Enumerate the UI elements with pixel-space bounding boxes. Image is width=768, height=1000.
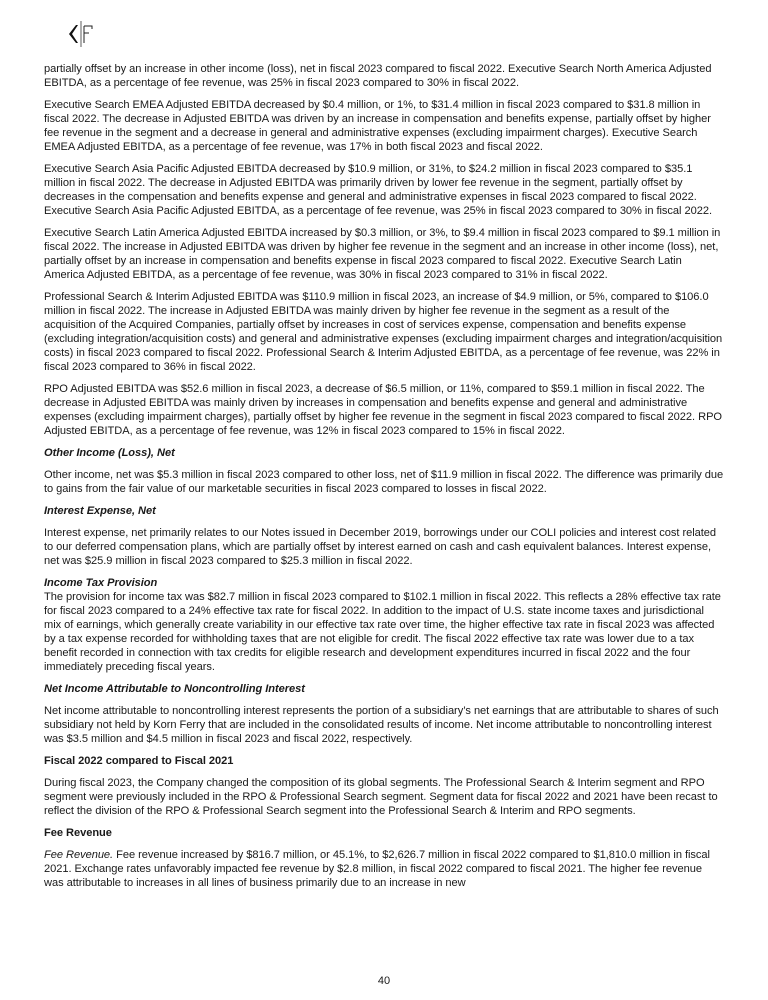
paragraph-other-income: Other income, net was $5.3 million in fi… — [44, 468, 724, 496]
heading-fee-revenue: Fee Revenue — [44, 826, 724, 840]
paragraph-fiscal-2022-vs-2021: During fiscal 2023, the Company changed … — [44, 776, 724, 818]
document-body: partially offset by an increase in other… — [44, 62, 724, 898]
paragraph-es-latin-america: Executive Search Latin America Adjusted … — [44, 226, 724, 282]
paragraph-interest-expense: Interest expense, net primarily relates … — [44, 526, 724, 568]
heading-income-tax: Income Tax Provision — [44, 576, 724, 590]
paragraph-income-tax: The provision for income tax was $82.7 m… — [44, 590, 724, 674]
heading-fiscal-2022-vs-2021: Fiscal 2022 compared to Fiscal 2021 — [44, 754, 724, 768]
heading-noncontrolling-interest: Net Income Attributable to Noncontrollin… — [44, 682, 724, 696]
paragraph-es-emea: Executive Search EMEA Adjusted EBITDA de… — [44, 98, 724, 154]
heading-other-income: Other Income (Loss), Net — [44, 446, 724, 460]
paragraph-fee-revenue: Fee Revenue. Fee revenue increased by $8… — [44, 848, 724, 890]
paragraph-professional-search: Professional Search & Interim Adjusted E… — [44, 290, 724, 374]
fee-revenue-lead-in: Fee Revenue. — [44, 849, 113, 861]
paragraph-es-asia-pacific: Executive Search Asia Pacific Adjusted E… — [44, 162, 724, 218]
korn-ferry-logo-icon — [66, 19, 96, 49]
fee-revenue-body: Fee revenue increased by $816.7 million,… — [44, 849, 710, 889]
page-number: 40 — [0, 975, 768, 987]
document-page: partially offset by an increase in other… — [0, 0, 768, 1000]
paragraph-noncontrolling-interest: Net income attributable to noncontrollin… — [44, 704, 724, 746]
paragraph-es-north-america: partially offset by an increase in other… — [44, 62, 724, 90]
heading-interest-expense: Interest Expense, Net — [44, 504, 724, 518]
paragraph-rpo: RPO Adjusted EBITDA was $52.6 million in… — [44, 382, 724, 438]
